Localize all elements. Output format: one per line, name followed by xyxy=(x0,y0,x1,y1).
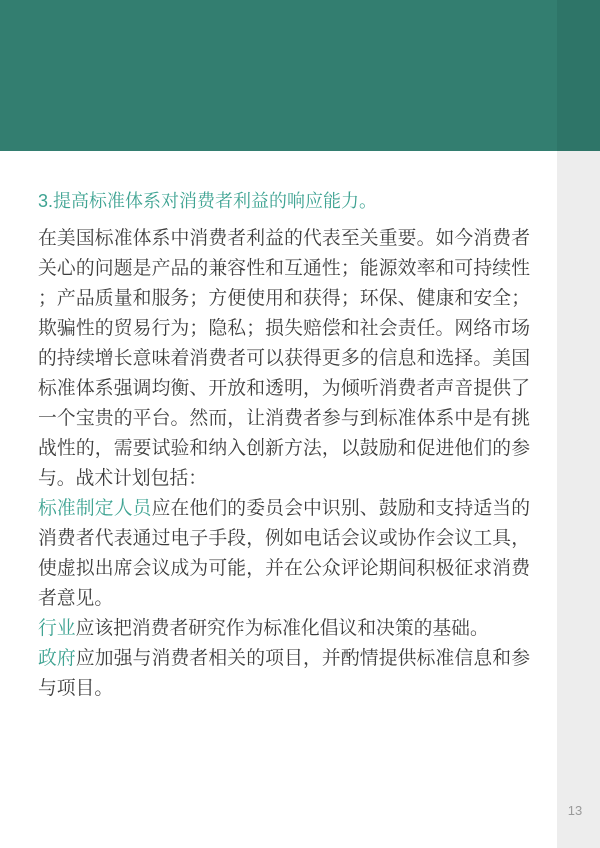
document-page: 3.提高标准体系对消费者利益的响应能力。 在美国标准体系中消费者利益的代表至关重… xyxy=(0,0,600,848)
section-heading: 3.提高标准体系对消费者利益的响应能力。 xyxy=(38,186,530,216)
paragraph-lead-term: 标准制定人员 xyxy=(38,497,152,518)
header-banner-edge xyxy=(557,0,600,151)
paragraph-lead-term: 政府 xyxy=(38,647,76,668)
page-number: 13 xyxy=(557,803,593,818)
paragraph-intro: 在美国标准体系中消费者利益的代表至关重要。如今消费者关心的问题是产品的兼容性和互… xyxy=(38,223,530,493)
paragraph-lead-term: 行业 xyxy=(38,617,76,638)
body-copy: 在美国标准体系中消费者利益的代表至关重要。如今消费者关心的问题是产品的兼容性和互… xyxy=(38,223,530,703)
paragraph-industry: 行业应该把消费者研究作为标准化倡议和决策的基础。 xyxy=(38,613,530,643)
paragraph-text: 应加强与消费者相关的项目，并酌情提供标准信息和参与项目。 xyxy=(38,647,530,698)
page-edge-strip xyxy=(557,151,600,848)
paragraph-standards-developers: 标准制定人员应在他们的委员会中识别、鼓励和支持适当的消费者代表通过电子手段，例如… xyxy=(38,493,530,613)
paragraph-text: 在美国标准体系中消费者利益的代表至关重要。如今消费者关心的问题是产品的兼容性和互… xyxy=(38,227,530,488)
paragraph-government: 政府应加强与消费者相关的项目，并酌情提供标准信息和参与项目。 xyxy=(38,643,530,703)
content-area: 3.提高标准体系对消费者利益的响应能力。 在美国标准体系中消费者利益的代表至关重… xyxy=(38,186,530,703)
paragraph-text: 应该把消费者研究作为标准化倡议和决策的基础。 xyxy=(76,617,489,638)
header-banner xyxy=(0,0,600,151)
